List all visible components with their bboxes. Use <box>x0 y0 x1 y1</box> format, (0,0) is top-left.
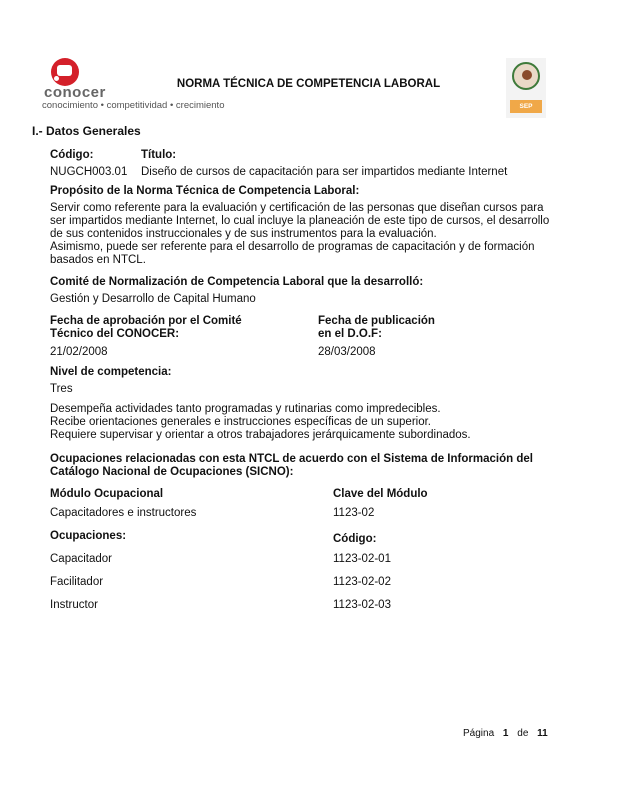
ocupacion-name: Facilitador <box>50 575 103 589</box>
fecha-publicacion-value: 28/03/2008 <box>318 345 376 359</box>
emblem-label: SEP <box>510 100 542 113</box>
ocupacion-code: 1123-02-02 <box>333 575 391 589</box>
ocupaciones-rel-label: Catálogo Nacional de Ocupaciones (SICNO)… <box>50 465 293 479</box>
codigo-value: NUGCH003.01 <box>50 165 127 179</box>
clave-header: Clave del Módulo <box>333 487 428 501</box>
codigo-label: Código: <box>50 148 93 162</box>
proposito-line: Asimismo, puede ser referente para el de… <box>50 240 535 254</box>
proposito-line: de sus contenidos instruccionales y de s… <box>50 227 437 241</box>
logo-tagline: conocimiento • competitividad • crecimie… <box>42 100 224 111</box>
of-label: de <box>517 728 528 739</box>
ocupacion-name: Capacitador <box>50 552 112 566</box>
page-label: Página <box>463 728 494 739</box>
ocupaciones-rel-label: Ocupaciones relacionadas con esta NTCL d… <box>50 452 533 466</box>
fecha-aprobacion-label: Técnico del CONOCER: <box>50 327 179 341</box>
sep-emblem-icon: SEP <box>506 58 546 118</box>
comite-label: Comité de Normalización de Competencia L… <box>50 275 423 289</box>
nivel-line: Requiere supervisar y orientar a otros t… <box>50 428 471 442</box>
proposito-label: Propósito de la Norma Técnica de Compete… <box>50 184 359 198</box>
proposito-line: Servir como referente para la evaluación… <box>50 201 544 215</box>
section-title: I.- Datos Generales <box>32 124 141 138</box>
ocupacion-name: Instructor <box>50 598 98 612</box>
page-indicator: Página 1 de 11 <box>463 728 554 739</box>
modulo-clave: 1123-02 <box>333 506 374 520</box>
ocupacion-code: 1123-02-01 <box>333 552 391 566</box>
proposito-line: ser impartidos mediante Internet, lo cua… <box>50 214 549 228</box>
codigo-header: Código: <box>333 532 376 546</box>
proposito-line: basados en NTCL. <box>50 253 146 267</box>
nivel-line: Recibe orientaciones generales e instruc… <box>50 415 431 429</box>
titulo-label: Título: <box>141 148 176 162</box>
ocupaciones-header: Ocupaciones: <box>50 529 126 543</box>
page-total: 11 <box>537 728 548 739</box>
fecha-aprobacion-label: Fecha de aprobación por el Comité <box>50 314 242 328</box>
nivel-label: Nivel de competencia: <box>50 365 171 379</box>
titulo-value: Diseño de cursos de capacitación para se… <box>141 165 507 179</box>
nivel-value: Tres <box>50 382 73 396</box>
nivel-line: Desempeña actividades tanto programadas … <box>50 402 441 416</box>
modulo-header: Módulo Ocupacional <box>50 487 163 501</box>
ocupacion-code: 1123-02-03 <box>333 598 391 612</box>
fecha-publicacion-label: Fecha de publicación <box>318 314 435 328</box>
page-number: 1 <box>503 728 509 739</box>
fecha-publicacion-label: en el D.O.F: <box>318 327 382 341</box>
fecha-aprobacion-value: 21/02/2008 <box>50 345 108 359</box>
comite-value: Gestión y Desarrollo de Capital Humano <box>50 292 256 306</box>
modulo-name: Capacitadores e instructores <box>50 506 196 520</box>
